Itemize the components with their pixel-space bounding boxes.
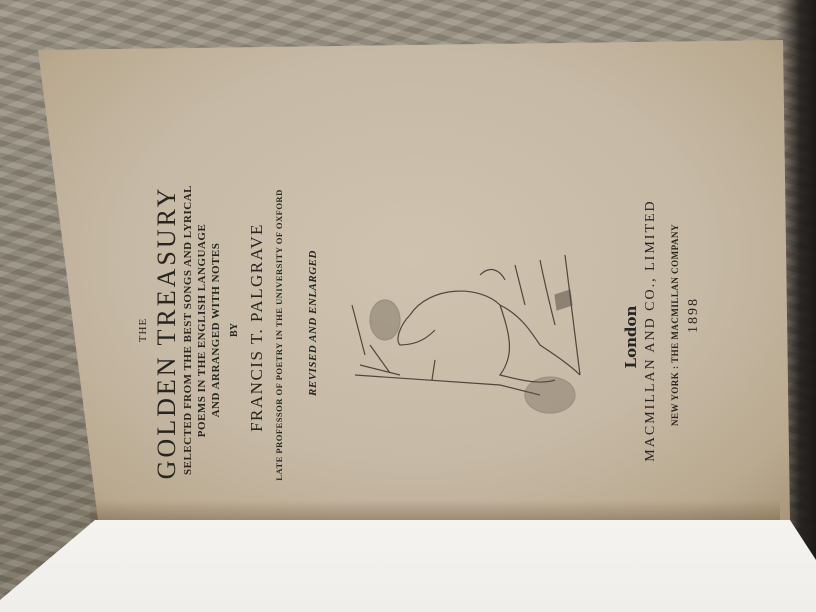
page-foxing — [90, 500, 780, 522]
subtitle-line-3: AND ARRANGED WITH NOTES — [210, 220, 222, 440]
publisher-new-york: NEW YORK : THE MACMILLAN COMPANY — [670, 210, 680, 440]
subtitle-line-2: POEMS IN THE ENGLISH LANGUAGE — [196, 203, 208, 458]
author-name: FRANCIS T. PALGRAVE — [247, 220, 267, 435]
the-label: THE — [137, 300, 149, 360]
place-of-publication: London — [622, 302, 640, 372]
edition-note: REVISED AND ENLARGED — [307, 248, 319, 398]
facing-blank-page — [0, 520, 816, 612]
subtitle-line-1: SELECTED FROM THE BEST SONGS AND LYRICAL — [182, 180, 194, 480]
satyr-engraving-icon — [340, 245, 595, 420]
by-label: BY — [229, 315, 240, 345]
publisher-name: MACMILLAN AND CO., LIMITED — [643, 183, 659, 478]
author-title: LATE PROFESSOR OF POETRY IN THE UNIVERSI… — [274, 185, 284, 485]
publication-year: 1898 — [686, 290, 702, 340]
book-title: GOLDEN TREASURY — [152, 180, 182, 485]
